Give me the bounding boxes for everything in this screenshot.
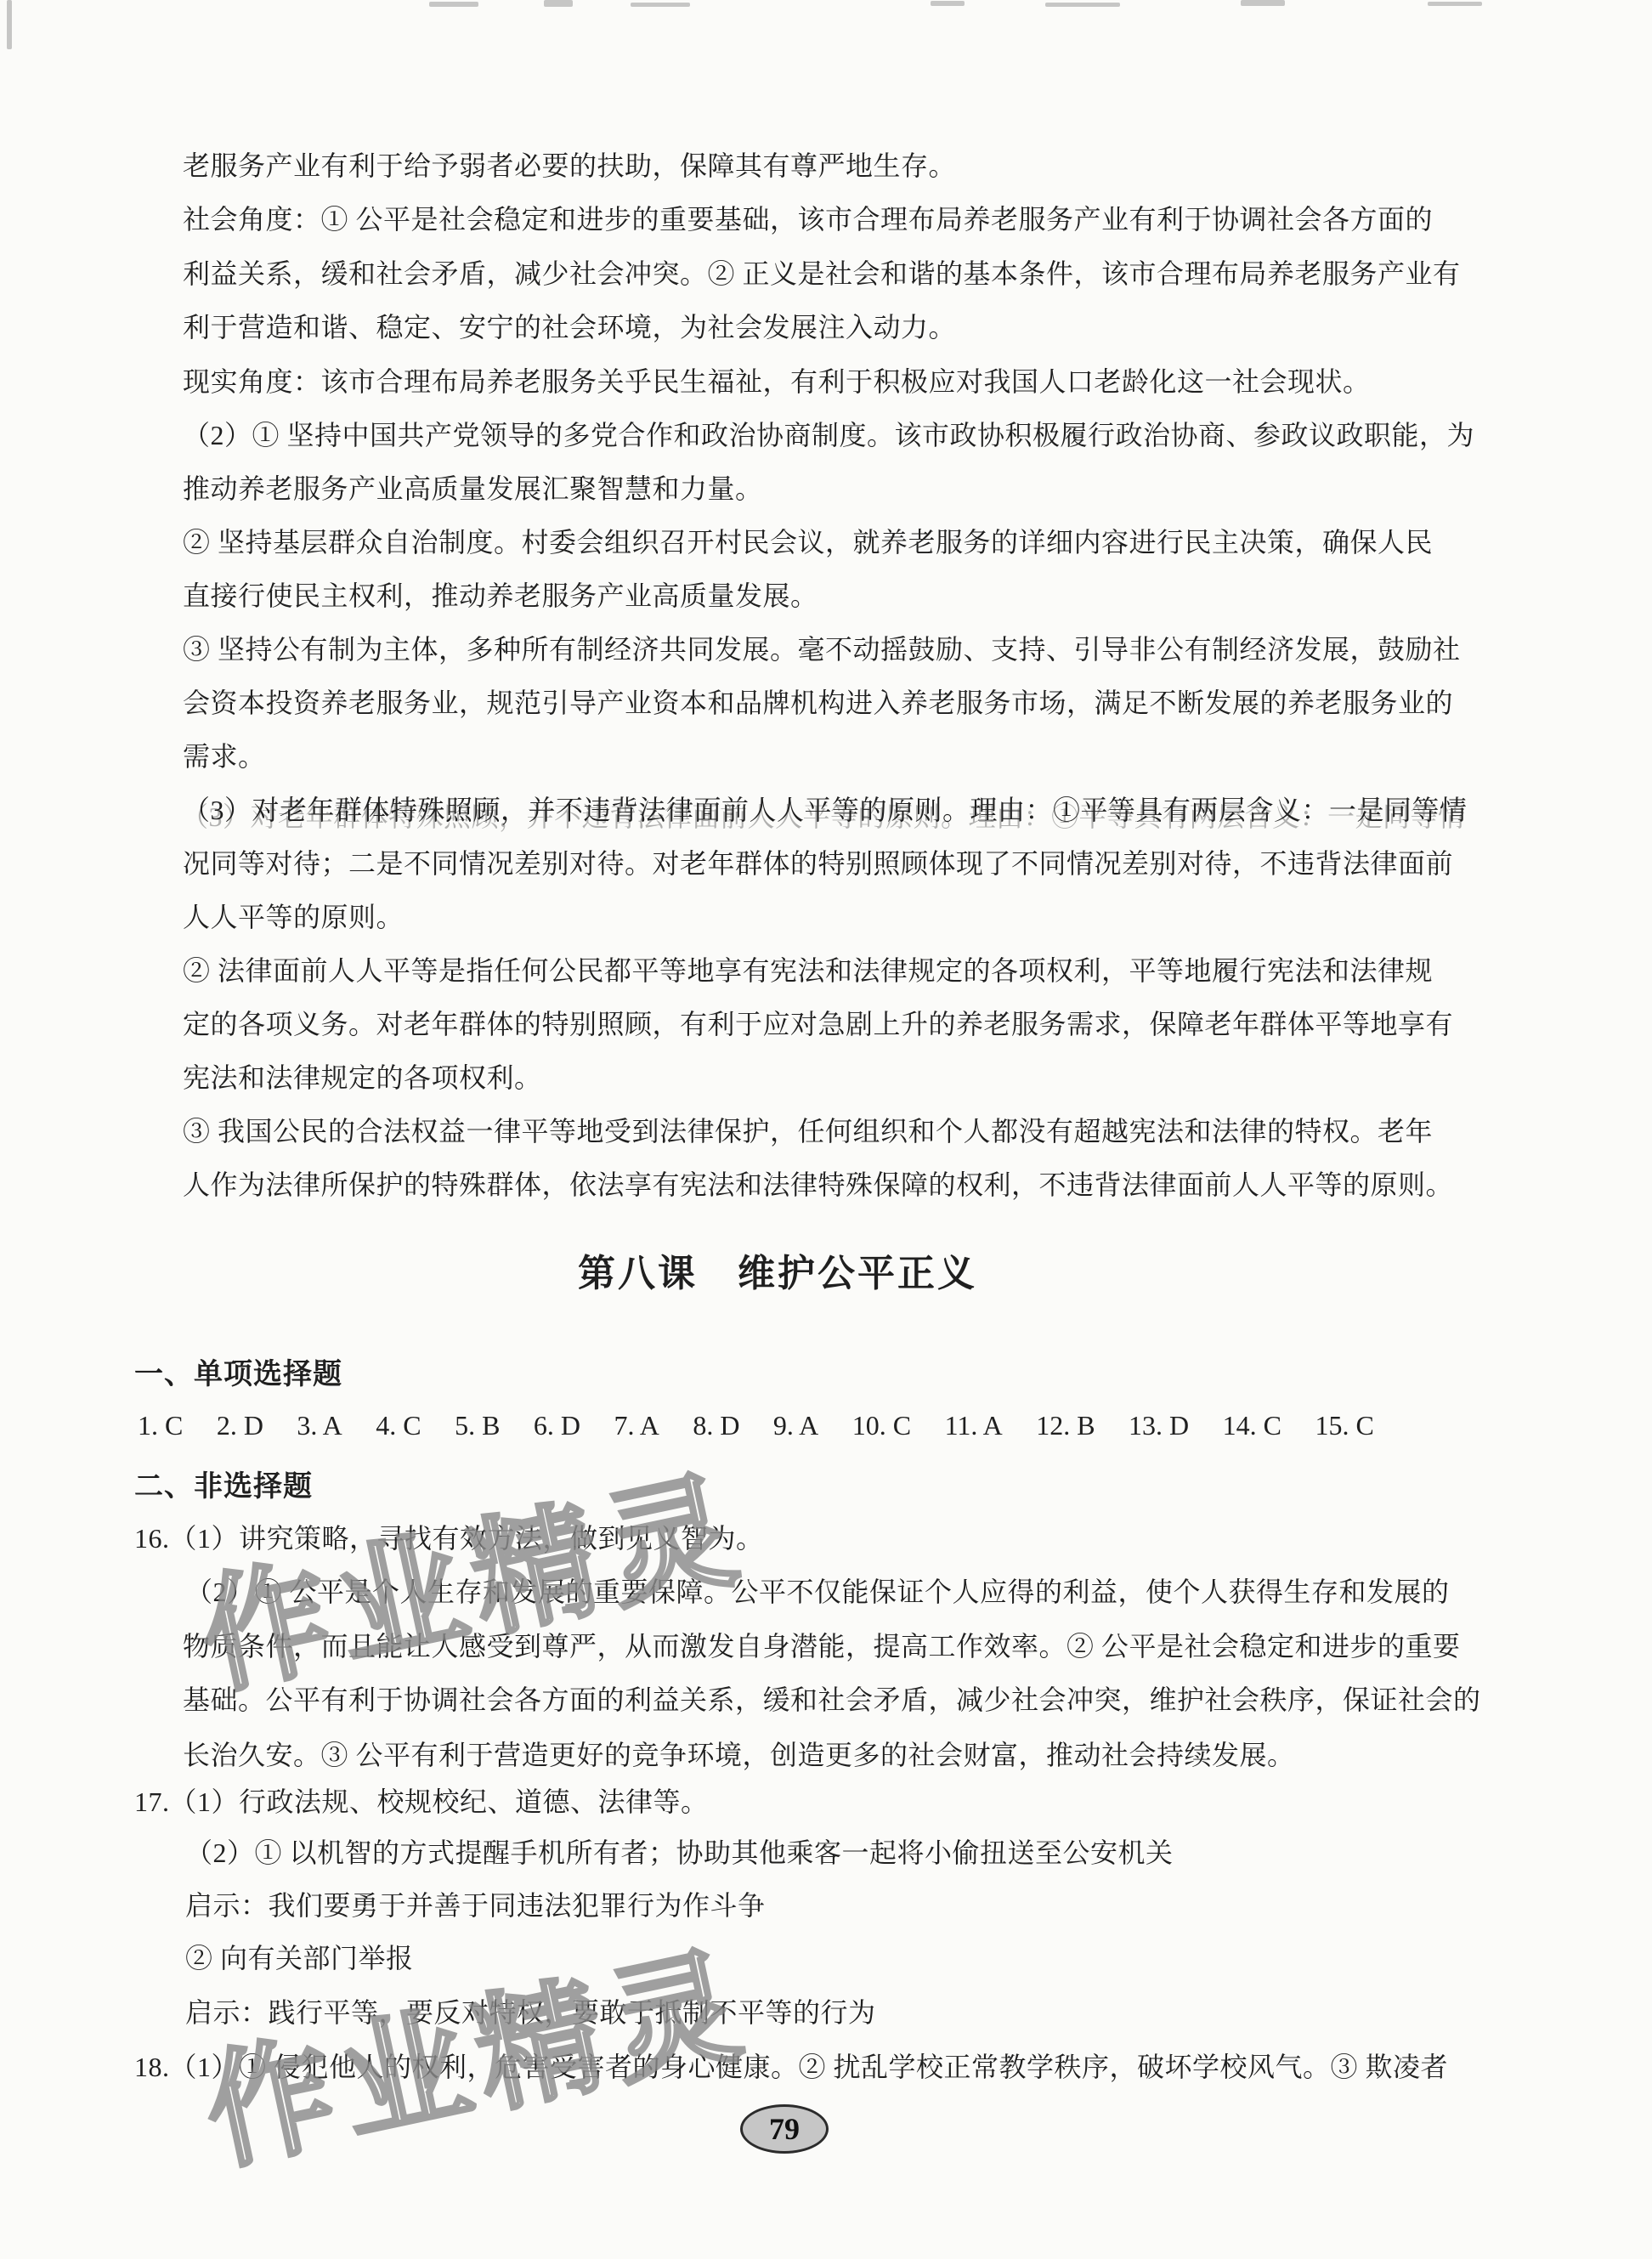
intro-answer-line: 利于营造和谐、稳定、安宁的社会环境，为社会发展注入动力。: [183, 309, 956, 346]
choice-answer: 14. C: [1223, 1407, 1281, 1444]
intro-answer-line: 社会角度：① 公平是社会稳定和进步的重要基础，该市合理布局养老服务产业有利于协调…: [183, 201, 1433, 238]
intro-answer-line: 况同等对待；二是不同情况差别对待。对老年群体的特别照顾体现了不同情况差别对待，不…: [183, 845, 1453, 882]
intro-answer-line: 宪法和法律规定的各项权利。: [183, 1059, 542, 1096]
item17-line: （2）① 以机智的方式提醒手机所有者；协助其他乘客一起将小偷扭送至公安机关: [185, 1834, 1174, 1871]
item17-line: ② 向有关部门举报: [185, 1939, 414, 1977]
item16-line: 物质条件，而且能让人感受到尊严，从而激发自身潜能，提高工作效率。② 公平是社会稳…: [183, 1628, 1461, 1665]
scan-artifact: [7, 0, 12, 49]
intro-answer-line: 推动养老服务产业高质量发展汇聚智慧和力量。: [183, 470, 763, 507]
item16-line: 基础。公平有利于协调社会各方面的利益关系，缓和社会矛盾，减少社会冲突，维护社会秩…: [183, 1681, 1481, 1718]
choice-answer: 15. C: [1315, 1407, 1373, 1444]
intro-answer-line: 现实角度：该市合理布局养老服务关乎民生福祉，有利于积极应对我国人口老龄化这一社会…: [183, 363, 1371, 400]
choice-answer: 4. C: [376, 1407, 421, 1444]
choice-answer: 9. A: [773, 1407, 818, 1444]
intro-answer-line: 直接行使民主权利，推动养老服务产业高质量发展。: [183, 577, 818, 614]
scan-artifact: [1241, 0, 1285, 6]
intro-answer-line: （2）① 坚持中国共产党领导的多党合作和政治协商制度。该市政协积极履行政治协商、…: [183, 416, 1474, 454]
intro-answer-line: ② 法律面前人人平等是指任何公民都平等地享有宪法和法律规定的各项权利，平等地履行…: [183, 952, 1433, 989]
scan-artifact: [544, 0, 573, 7]
scanned-answer-page: 老服务产业有利于给予弱者必要的扶助，保障其有尊严地生存。 社会角度：① 公平是社…: [0, 0, 1652, 2259]
choice-answers-row: 1. C 2. D 3. A 4. C 5. B 6. D 7. A 8. D …: [138, 1407, 1374, 1444]
intro-answer-line-ghosted: （3）对老年群体特殊照顾，并不违背法律面前人人平等的原则。理由：①平等具有两层含…: [183, 791, 1468, 829]
choice-answer: 13. D: [1129, 1407, 1189, 1444]
item16-line: （2）① 公平是个人生存和发展的重要保障。公平不仅能保证个人应得的利益，使个人获…: [185, 1573, 1450, 1611]
section-title-choice: 一、单项选择题: [134, 1350, 342, 1392]
choice-answer: 11. A: [945, 1407, 1003, 1444]
choice-answer: 10. C: [852, 1407, 911, 1444]
page-number: 79: [769, 2111, 800, 2147]
intro-answer-line: ③ 坚持公有制为主体，多种所有制经济共同发展。毫不动摇鼓励、支持、引导非公有制经…: [183, 631, 1461, 668]
scan-artifact: [631, 3, 690, 7]
choice-answer: 2. D: [217, 1407, 263, 1444]
intro-answer-line: 定的各项义务。对老年群体的特别照顾，有利于应对急剧上升的养老服务需求，保障老年群…: [183, 1005, 1453, 1043]
item18-line: 18.（1）① 侵犯他人的权利，危害受害者的身心健康。② 扰乱学校正常教学秩序，…: [134, 2048, 1448, 2086]
lesson-title: 第八课 维护公平正义: [140, 1243, 1415, 1297]
choice-answer: 1. C: [138, 1407, 183, 1444]
scan-artifact: [429, 2, 478, 7]
intro-answer-line: 需求。: [183, 738, 266, 775]
item16-line: 长治久安。③ 公平有利于营造更好的竞争环境，创造更多的社会财富，推动社会持续发展…: [183, 1736, 1295, 1774]
page-number-badge: 79: [740, 2104, 829, 2154]
choice-answer: 12. B: [1036, 1407, 1095, 1444]
item17-line: 启示：践行平等，要反对特权，要敢于抵制不平等的行为: [185, 1994, 876, 2031]
choice-answer: 7. A: [614, 1407, 659, 1444]
choice-answer: 8. D: [693, 1407, 739, 1444]
intro-answer-line: ③ 我国公民的合法权益一律平等地受到法律保护，任何组织和个人都没有超越宪法和法律…: [183, 1113, 1433, 1150]
scan-artifact: [1045, 3, 1120, 7]
item16-line: 16.（1）讲究策略，寻找有效方法，做到见义智为。: [134, 1520, 764, 1557]
item17-line: 17.（1）行政法规、校规校纪、道德、法律等。: [134, 1783, 709, 1820]
choice-answer: 6. D: [534, 1407, 580, 1444]
scan-artifact: [1428, 2, 1482, 6]
intro-answer-line: 老服务产业有利于给予弱者必要的扶助，保障其有尊严地生存。: [183, 147, 956, 184]
scan-artifact: [931, 1, 965, 6]
intro-answer-line: 人人平等的原则。: [183, 898, 404, 936]
choice-answer: 5. B: [455, 1407, 500, 1444]
choice-answer: 3. A: [297, 1407, 342, 1444]
intro-answer-line: 人作为法律所保护的特殊群体，依法享有宪法和法律特殊保障的权利，不违背法律面前人人…: [183, 1166, 1453, 1203]
section-title-non-choice: 二、非选择题: [134, 1463, 313, 1504]
item17-line: 启示：我们要勇于并善于同违法犯罪行为作斗争: [185, 1887, 766, 1924]
intro-answer-line: ② 坚持基层群众自治制度。村委会组织召开村民会议，就养老服务的详细内容进行民主决…: [183, 524, 1433, 561]
intro-answer-line: 会资本投资养老服务业，规范引导产业资本和品牌机构进入养老服务市场，满足不断发展的…: [183, 684, 1453, 722]
intro-answer-line: 利益关系，缓和社会矛盾，减少社会冲突。② 正义是社会和谐的基本条件，该市合理布局…: [183, 255, 1461, 292]
